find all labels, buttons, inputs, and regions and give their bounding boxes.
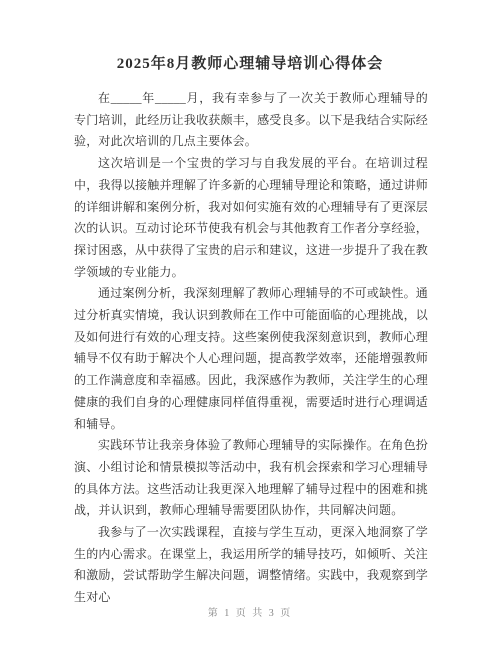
document-body: 在_____年_____月，我有幸参与了一次关于教师心理辅导的专门培训，此经历让… (74, 88, 428, 609)
paragraph-training-platform: 这次培训是一个宝贵的学习与自我发展的平台。在培训过程中，我得以接触并理解了许多新… (74, 153, 428, 283)
document-title: 2025年8月教师心理辅导培训心得体会 (0, 0, 500, 74)
paragraph-practice-session: 实践环节让我亲身体验了教师心理辅导的实际操作。在角色扮演、小组讨论和情景模拟等活… (74, 435, 428, 522)
page-number-indicator: 第 1 页 共 3 页 (0, 604, 500, 619)
paragraph-intro: 在_____年_____月，我有幸参与了一次关于教师心理辅导的专门培训，此经历让… (74, 88, 428, 153)
document-page: 2025年8月教师心理辅导培训心得体会 在_____年_____月，我有幸参与了… (0, 0, 500, 647)
paragraph-practice-course: 我参与了一次实践课程，直接与学生互动，更深入地洞察了学生的内心需求。在课堂上，我… (74, 522, 428, 609)
paragraph-case-analysis: 通过案例分析，我深刻理解了教师心理辅导的不可或缺性。通过分析真实情境，我认识到教… (74, 283, 428, 435)
